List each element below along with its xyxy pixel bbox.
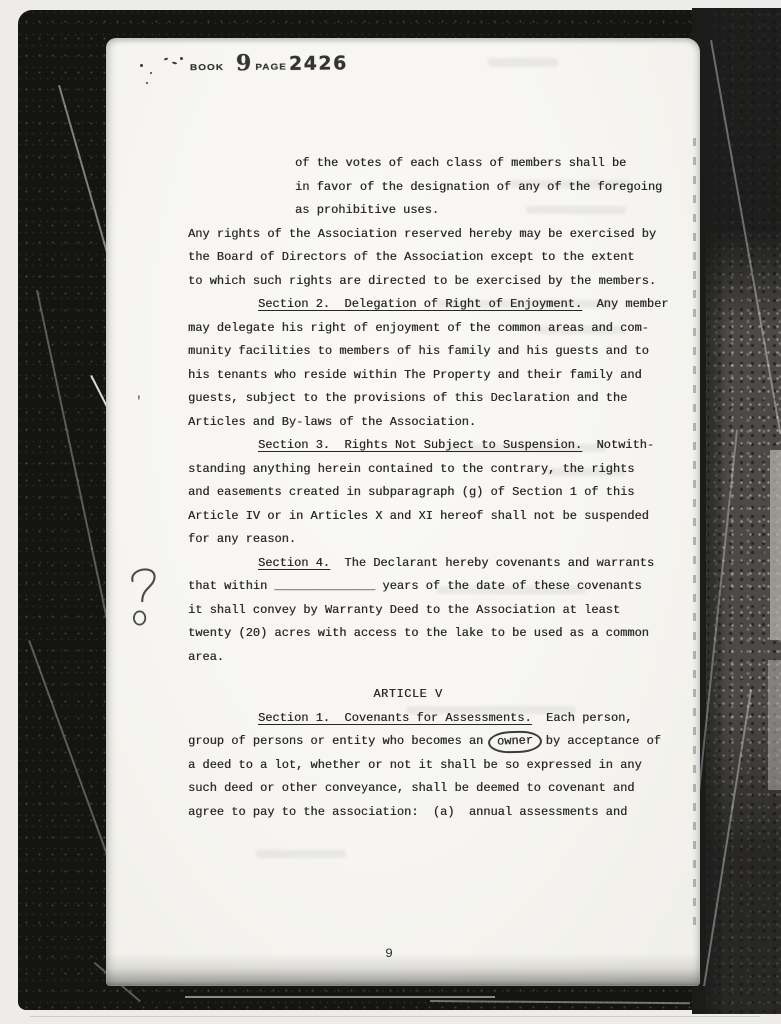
text-line: to which such rights are directed to be … xyxy=(188,270,680,294)
ink-speckle xyxy=(172,61,177,64)
text-line: area. xyxy=(188,646,680,670)
text-line: guests, subject to the provisions of thi… xyxy=(188,387,680,411)
section-2-heading-rest: Any member xyxy=(582,297,668,311)
text-line: standing anything herein contained to th… xyxy=(188,458,680,482)
section-4-heading-rest: The Declarant hereby covenants and warra… xyxy=(330,556,654,570)
stray-mark: ' xyxy=(135,394,143,409)
scanned-document-page: BOOK9PAGE2426 of the votes of each class… xyxy=(0,0,781,1024)
document-text: of the votes of each class of members sh… xyxy=(188,152,680,824)
text-line: a deed to a lot, whether or not it shall… xyxy=(188,754,680,778)
ink-speckle xyxy=(146,82,148,84)
stamp-page-number: 2426 xyxy=(289,52,348,74)
text-line: may delegate his right of enjoyment of t… xyxy=(188,317,680,341)
scratch-line xyxy=(185,996,495,998)
text-segment: by acceptance of xyxy=(538,734,660,748)
text-line: his tenants who reside within The Proper… xyxy=(188,364,680,388)
text-line: and easements created in subparagraph (g… xyxy=(188,481,680,505)
text-line: Section 3. Rights Not Subject to Suspens… xyxy=(188,434,680,458)
ink-speckle xyxy=(180,57,183,60)
circled-word-owner: owner xyxy=(488,730,543,754)
ink-speckle xyxy=(164,57,168,60)
text-line: of the votes of each class of members sh… xyxy=(188,152,680,176)
text-line: for any reason. xyxy=(188,528,680,552)
page-edge-dashes xyxy=(693,138,696,928)
handwritten-question-mark xyxy=(126,566,162,640)
book-page-stamp: BOOK9PAGE2426 xyxy=(190,49,348,76)
text-line: Section 1. Covenants for Assessments. Ea… xyxy=(188,707,680,731)
section-3-heading: Section 3. Rights Not Subject to Suspens… xyxy=(258,438,582,452)
scan-smudge xyxy=(106,954,700,986)
scan-bottom-line xyxy=(30,1016,760,1017)
text-line: group of persons or entity who becomes a… xyxy=(188,730,680,754)
ink-speckle xyxy=(140,64,143,67)
text-line: agree to pay to the association: (a) ann… xyxy=(188,801,680,825)
article-v-section-1-heading: Section 1. Covenants for Assessments. xyxy=(258,711,532,725)
text-line: Section 4. The Declarant hereby covenant… xyxy=(188,552,680,576)
text-line: as prohibitive uses. xyxy=(188,199,680,223)
stamp-page-label: PAGE xyxy=(255,63,287,73)
stamp-book-label: BOOK xyxy=(190,63,224,73)
text-line: Articles and By-laws of the Association. xyxy=(188,411,680,435)
section-4-heading: Section 4. xyxy=(258,556,330,570)
text-segment: group of persons or entity who becomes a… xyxy=(188,734,490,748)
scan-edge-patch xyxy=(768,660,781,790)
scan-edge-patch xyxy=(770,450,781,640)
article-v-section-1-heading-rest: Each person, xyxy=(532,711,633,725)
text-line: munity facilities to members of his fami… xyxy=(188,340,680,364)
document-page: BOOK9PAGE2426 of the votes of each class… xyxy=(106,38,700,986)
bleed-through-ghost xyxy=(488,58,558,67)
text-line: Section 2. Delegation of Right of Enjoym… xyxy=(188,293,680,317)
stamp-book-number: 9 xyxy=(236,50,251,76)
section-2-heading: Section 2. Delegation of Right of Enjoym… xyxy=(258,297,582,311)
article-v-title: ARTICLE V xyxy=(162,683,654,707)
text-line: it shall convey by Warranty Deed to the … xyxy=(188,599,680,623)
text-line: twenty (20) acres with access to the lak… xyxy=(188,622,680,646)
text-line: Article IV or in Articles X and XI hereo… xyxy=(188,505,680,529)
text-line: in favor of the designation of any of th… xyxy=(188,176,680,200)
bleed-through-ghost xyxy=(256,850,346,858)
scan-border-right-texture xyxy=(692,8,781,1014)
text-line: that within ______________ years of the … xyxy=(188,575,680,599)
section-3-heading-rest: Notwith- xyxy=(582,438,654,452)
ink-speckle xyxy=(150,72,152,74)
text-line: Any rights of the Association reserved h… xyxy=(188,223,680,247)
text-line: the Board of Directors of the Associatio… xyxy=(188,246,680,270)
text-line: such deed or other conveyance, shall be … xyxy=(188,777,680,801)
